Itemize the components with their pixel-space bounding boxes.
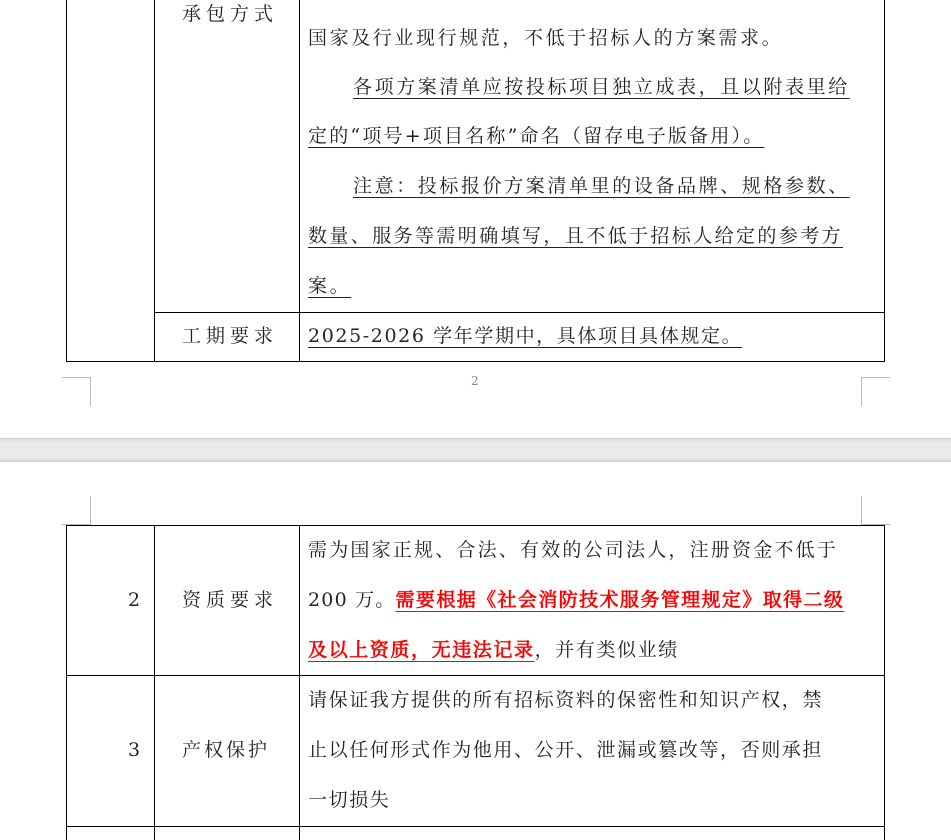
page-number: 2 [471, 374, 479, 388]
row-label-contract-method: 承包方式 [182, 2, 278, 26]
experience-text: ，并有类似业绩 [535, 639, 679, 661]
highlight-requirement: 需要根据《社会消防技术服务管理规定》取得二级 [396, 589, 845, 611]
table-border [884, 525, 885, 840]
table-border [66, 0, 67, 362]
table-bottom-border [66, 361, 885, 362]
table-border [154, 525, 155, 840]
paragraph-line: 数量、服务等需明确填写，且不低于招标人给定的参考方 [308, 224, 843, 248]
paragraph-line: 及以上资质，无违法记录，并有类似业绩 [308, 638, 679, 662]
margin-corner-mark [62, 377, 91, 406]
table-border [299, 525, 300, 840]
margin-corner-mark [861, 377, 890, 406]
table-border [66, 525, 67, 840]
paragraph-line: 200 万。需要根据《社会消防技术服务管理规定》取得二级 [308, 588, 844, 612]
table-row-divider [154, 312, 885, 313]
row-label-qualification: 资质要求 [182, 588, 278, 612]
margin-corner-mark [861, 496, 890, 525]
paragraph-line: 定的“项号+项目名称”命名（留存电子版备用）。 [308, 124, 764, 148]
table-row-divider [66, 675, 885, 676]
row-number: 2 [128, 588, 140, 612]
table-row-divider [66, 826, 885, 827]
paragraph-line: 一切损失 [308, 788, 390, 812]
table-border [154, 0, 155, 362]
margin-corner-mark [62, 496, 91, 525]
paragraph-line: 需为国家正规、合法、有效的公司法人，注册资金不低于 [308, 538, 838, 562]
paragraph-line: 止以任何形式作为他用、公开、泄漏或篡改等，否则承担 [308, 738, 823, 762]
row-label-ip-protection: 产权保护 [182, 738, 270, 762]
table-border [884, 0, 885, 362]
paragraph-line: 国家及行业现行规范，不低于招标人的方案需求。 [308, 26, 783, 50]
highlight-requirement: 及以上资质，无违法记录 [308, 639, 535, 661]
paragraph-line: 请保证我方提供的所有招标资料的保密性和知识产权，禁 [308, 688, 823, 712]
document-page-2: 2 资质要求 需为国家正规、合法、有效的公司法人，注册资金不低于 200 万。需… [0, 462, 951, 840]
page-separator [0, 438, 951, 462]
schedule-text: 2025-2026 学年学期中，具体项目具体规定。 [308, 324, 742, 348]
paragraph-line: 各项方案清单应按投标项目独立成表，且以附表里给 [353, 75, 850, 99]
row-number: 3 [128, 738, 140, 762]
capital-text: 200 万。 [308, 589, 396, 611]
table-border [299, 0, 300, 362]
paragraph-line: 案。 [308, 274, 351, 298]
document-page-1: 承包方式 国家及行业现行规范，不低于招标人的方案需求。 各项方案清单应按投标项目… [0, 0, 951, 438]
table-top-border [66, 525, 885, 526]
row-label-schedule: 工期要求 [182, 324, 278, 348]
paragraph-line: 注意：投标报价方案清单里的设备品牌、规格参数、 [353, 174, 850, 198]
